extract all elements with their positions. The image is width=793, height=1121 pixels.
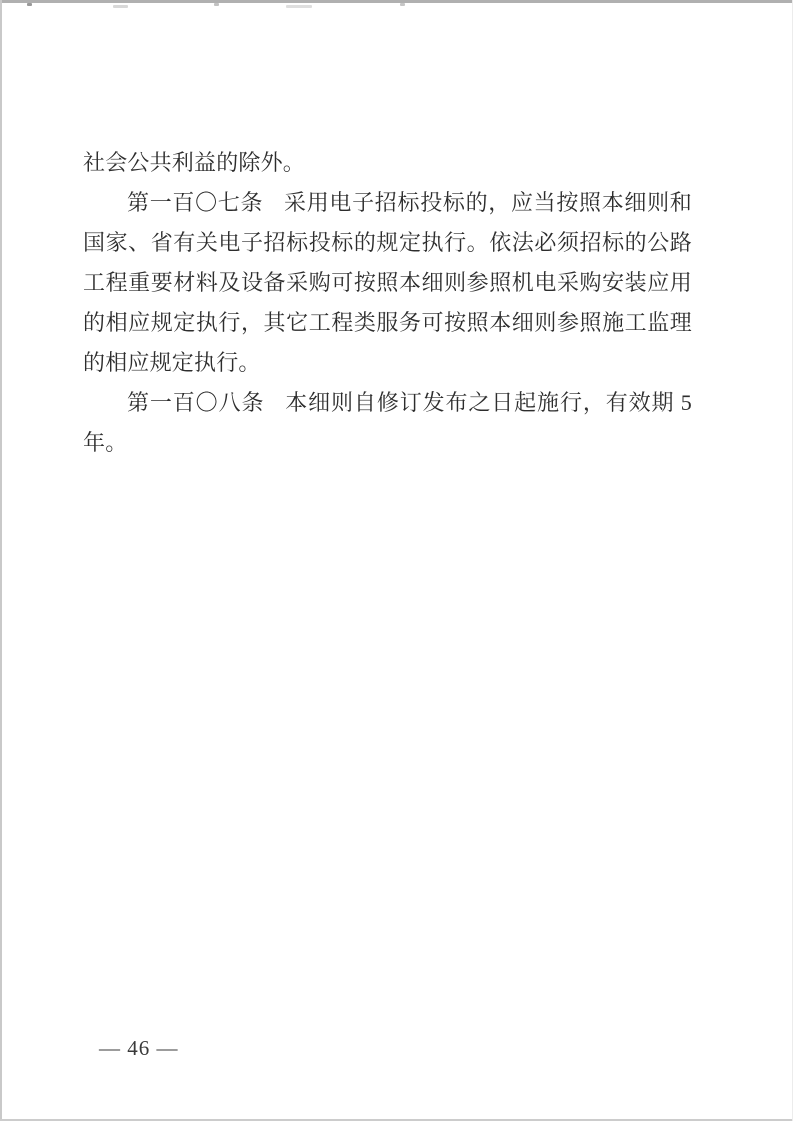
paragraph-continuation: 社会公共利益的除外。: [83, 143, 692, 183]
scanned-document-page: 社会公共利益的除外。 第一百〇七条采用电子招标投标的，应当按照本细则和国家、省有…: [0, 0, 793, 1121]
scan-artifact: [113, 5, 128, 8]
page-footer: — 46 —: [99, 1036, 179, 1060]
scan-edge-left: [0, 0, 2, 1121]
scan-artifact: [27, 3, 32, 6]
article-number: 第一百〇七条: [127, 190, 263, 215]
paragraph-article-107: 第一百〇七条采用电子招标投标的，应当按照本细则和国家、省有关电子招标投标的规定执…: [83, 183, 692, 383]
scan-artifact: [214, 3, 219, 6]
scan-artifact: [400, 3, 405, 6]
scan-artifact: [286, 5, 312, 8]
page-content: 社会公共利益的除外。 第一百〇七条采用电子招标投标的，应当按照本细则和国家、省有…: [83, 143, 692, 463]
scan-edge-top: [0, 0, 793, 3]
article-number: 第一百〇八条: [127, 390, 264, 415]
article-text: 采用电子招标投标的，应当按照本细则和国家、省有关电子招标投标的规定执行。依法必须…: [83, 190, 692, 375]
page-number: — 46 —: [99, 1036, 179, 1060]
paragraph-article-108: 第一百〇八条本细则自修订发布之日起施行，有效期 5 年。: [83, 383, 692, 463]
